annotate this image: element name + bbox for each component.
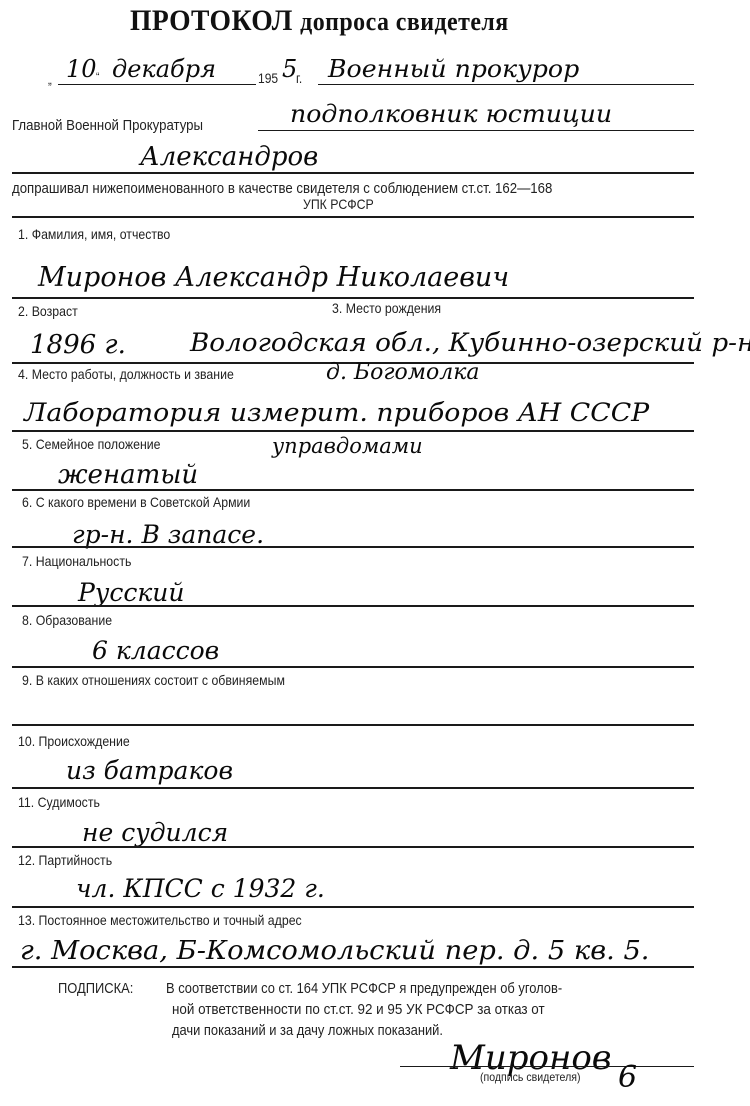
page-mark: 6 xyxy=(618,1060,637,1095)
field-9-label: 9. В каких отношениях состоит с обвиняем… xyxy=(22,672,285,688)
date-month: декабря xyxy=(112,55,216,83)
interrogator-underline xyxy=(12,172,694,174)
office-label: Главной Военной Прокуратуры xyxy=(12,117,203,134)
field-6-underline xyxy=(12,546,694,548)
quote-open: „ xyxy=(48,72,52,87)
preamble-line1: допрашивал нижепоименованного в качестве… xyxy=(12,180,552,197)
field-6-value: гр-н. В запасе. xyxy=(72,520,264,549)
field-6-label: 6. С какого времени в Советской Армии xyxy=(22,494,250,510)
field-2-value: 1896 г. xyxy=(30,330,126,360)
position-line1: Военный прокурор xyxy=(328,55,579,83)
field-9-underline xyxy=(12,724,694,726)
field-4-value: Лаборатория измерит. приборов АН СССР xyxy=(24,398,649,427)
field-5-value: женатый xyxy=(58,460,198,490)
year-prefix: 195 xyxy=(258,70,278,86)
field-10-underline xyxy=(12,787,694,789)
field-1-value: Миронов Александр Николаевич xyxy=(38,262,509,293)
signature-underline xyxy=(400,1066,694,1067)
field-12-underline xyxy=(12,906,694,908)
field-7-label: 7. Национальность xyxy=(22,553,131,569)
subscription-line1: В соответствии со ст. 164 УПК РСФСР я пр… xyxy=(166,980,562,997)
field-4-underline xyxy=(12,430,694,432)
field-3-label: 3. Место рождения xyxy=(332,300,441,316)
field-11-underline xyxy=(12,846,694,848)
year-label: г. xyxy=(296,70,302,86)
field-10-label: 10. Происхождение xyxy=(18,733,130,749)
position-line2: подполковник юстиции xyxy=(290,100,612,128)
position-underline xyxy=(318,84,694,85)
year-suffix: 5 xyxy=(282,55,297,83)
interrogator-name: Александров xyxy=(140,142,318,172)
quote-close: “ xyxy=(96,70,99,84)
field-11-value: не судился xyxy=(82,818,228,847)
field-8-label: 8. Образование xyxy=(22,612,112,628)
subscription-label: ПОДПИСКА: xyxy=(58,980,133,997)
office-underline xyxy=(258,130,694,131)
subscription-line3: дачи показаний и за дачу ложных показани… xyxy=(172,1022,443,1039)
date-day: 10 xyxy=(66,55,97,83)
field-8-value: 6 классов xyxy=(92,636,219,665)
document-title: ПРОТОКОЛ допроса свидетеля xyxy=(130,4,509,38)
subscription-line2: ной ответственности по ст.ст. 92 и 95 УК… xyxy=(172,1001,545,1018)
field-10-value: из батраков xyxy=(66,756,233,785)
field-1-underline xyxy=(12,297,694,299)
title-bold: ПРОТОКОЛ xyxy=(130,4,293,37)
field-5-inline-value: управдомами xyxy=(272,434,423,458)
field-11-label: 11. Судимость xyxy=(18,794,100,810)
field-2-label: 2. Возраст xyxy=(18,303,78,319)
field-7-value: Русский xyxy=(78,578,184,607)
field-5-label: 5. Семейное положение xyxy=(22,436,161,452)
field-13-underline xyxy=(12,966,694,968)
field-4-label: 4. Место работы, должность и звание xyxy=(18,366,234,382)
field-13-label: 13. Постоянное местожительство и точный … xyxy=(18,912,302,928)
field-13-value: г. Москва, Б-Комсомольский пер. д. 5 кв.… xyxy=(20,936,649,966)
field-4-inline-value: д. Богомолка xyxy=(326,360,479,385)
field-12-value: чл. КПСС с 1932 г. xyxy=(76,874,325,903)
field-3-value: Вологодская обл., Кубинно-озерский р-н xyxy=(190,328,750,357)
field-1-label: 1. Фамилия, имя, отчество xyxy=(18,226,170,242)
field-12-label: 12. Партийность xyxy=(18,852,112,868)
date-underline xyxy=(58,84,256,85)
field-8-underline xyxy=(12,666,694,668)
title-rest: допроса свидетеля xyxy=(300,7,509,36)
field-7-underline xyxy=(12,605,694,607)
field-5-underline xyxy=(12,489,694,491)
signature-caption: (подпись свидетеля) xyxy=(480,1070,580,1084)
preamble-underline xyxy=(12,216,694,218)
preamble-line2: УПК РСФСР xyxy=(303,196,374,212)
